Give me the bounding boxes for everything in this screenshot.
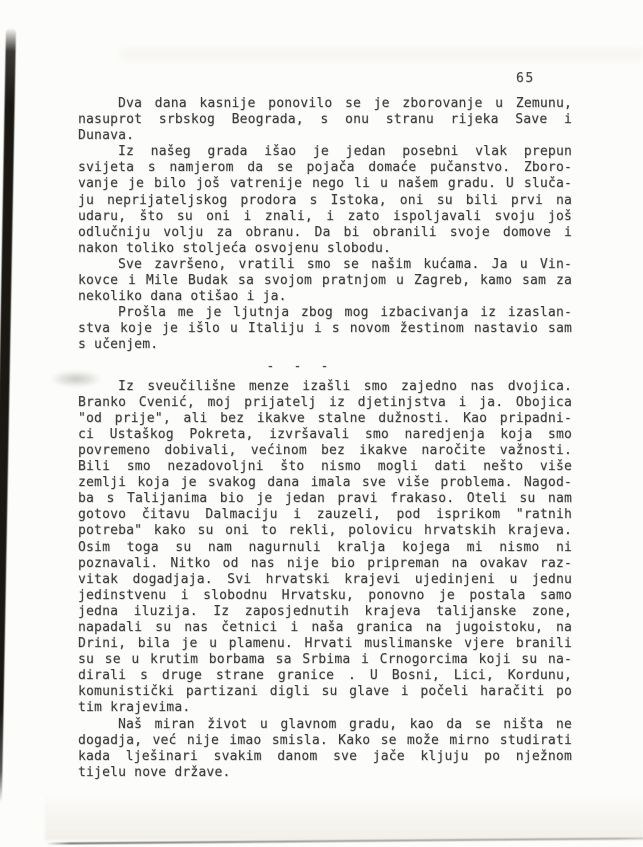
text-line: gotovo čitavu Dalmaciju i zauzeli, pod i…: [78, 507, 572, 523]
text-line: Dunava.: [78, 128, 572, 144]
text-line: jedna iluzija. Iz zaposjednutih krajeva …: [78, 604, 572, 620]
text-line: Sve završeno, vratili smo se našim kućam…: [78, 257, 572, 273]
text-line: potreba" kako su oni to rekli, polovicu …: [78, 523, 572, 539]
scan-gutter-bar: [0, 28, 16, 803]
text-line: Dva dana kasnije ponovilo se je zborovan…: [78, 96, 572, 112]
text-line: kada lješinari svakim danom sve jače klj…: [78, 749, 572, 765]
text-line: ci Ustaškog Pokreta, izvršavali smo nare…: [78, 427, 572, 443]
text-line: Branko Cvenić, moj prijatelj iz djetinjs…: [78, 395, 572, 411]
text-line: kovce i Mile Budak sa svojom pratnjom u …: [78, 273, 572, 289]
text-line: Naš miran život u glavnom gradu, kao da …: [78, 717, 572, 733]
text-line: Drini, bila je u plamenu. Hrvati muslima…: [78, 636, 572, 652]
text-line: su se u krutim borbama sa Srbima i Crnog…: [78, 652, 572, 668]
text-line: ba s Talijanima bio je jedan pravi fraka…: [78, 491, 572, 507]
text-line: nakon toliko stoljeća osvojenu slobodu.: [78, 241, 572, 257]
text-line: dogadja, već nije imao smisla. Kako se m…: [78, 733, 572, 749]
text-line: udaru, što su oni i znali, i zato ispolj…: [78, 209, 572, 225]
page-number: 65: [516, 71, 535, 86]
text-line: stva koje je išlo u Italiju i s novom že…: [78, 321, 572, 337]
text-line: nasuprot srbskog Beograda, s onu stranu …: [78, 112, 572, 128]
text-line: napadali su nas četnici i naša granica n…: [78, 620, 572, 636]
scan-artifact-top-band: [120, 48, 643, 60]
text-line: nekoliko dana otišao i ja.: [78, 289, 572, 305]
text-block: Dva dana kasnije ponovilo se je zborovan…: [78, 96, 572, 781]
text-line: Bili smo nezadovoljni što nismo mogli da…: [78, 459, 572, 475]
scan-artifact-bottom-band: [45, 794, 643, 840]
paragraph-separator: - - -: [78, 359, 517, 375]
text-line: tijelu nove države.: [78, 765, 572, 781]
text-line: zemlji koja je svakog dana imala sve viš…: [78, 475, 572, 491]
text-line: Prošla me je ljutnja zbog mog izbacivanj…: [78, 305, 572, 321]
text-line: vanje je bilo još vatrenije nego li u na…: [78, 176, 572, 192]
text-line: s učenjem.: [78, 337, 572, 353]
scanned-page: 65 Dva dana kasnije ponovilo se je zboro…: [0, 0, 643, 847]
text-line: svijeta s namjerom da se pojača domaće p…: [78, 160, 572, 176]
text-line: povremeno dobivali, većinom bez ikakve n…: [78, 443, 572, 459]
text-line: poznavali. Nitko od nas nije bio priprem…: [78, 556, 572, 572]
text-line: komunistički partizani digli su glave i …: [78, 684, 572, 700]
text-line: dirali s druge strane granice . U Bosni,…: [78, 668, 572, 684]
text-line: tim krajevima.: [78, 700, 572, 716]
text-line: "od prije", ali bez ikakve stalne dužnos…: [78, 411, 572, 427]
text-line: Iz sveučilišne menze izašli smo zajedno …: [78, 379, 572, 395]
text-line: Osim toga su nam nagurnuli kralja kojega…: [78, 540, 572, 556]
text-line: odlučniju volju za obranu. Da bi obranil…: [78, 225, 572, 241]
text-line: Iz našeg grada išao je jedan posebni vla…: [78, 144, 572, 160]
text-line: jedinstvenu i slobodnu Hrvatsku, ponovno…: [78, 588, 572, 604]
text-line: ju neprijateljskog prodora s Istoka, oni…: [78, 193, 572, 209]
text-line: vitak dogadjaja. Svi hrvatski krajevi uj…: [78, 572, 572, 588]
